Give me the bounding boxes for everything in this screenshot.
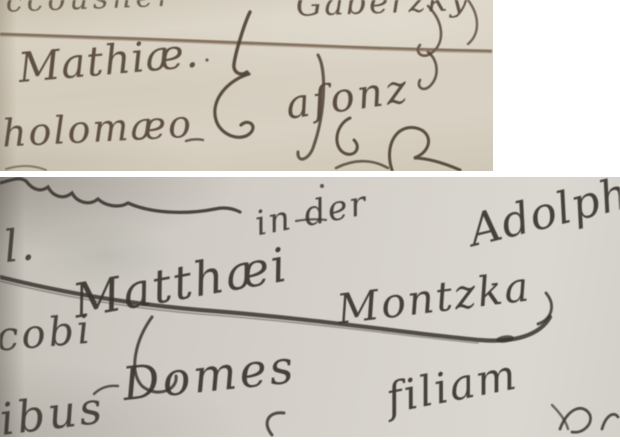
ink-partial-next-line — [6, 166, 46, 170]
handwriting-partial-ibus: ibus — [0, 382, 108, 437]
ink-dash — [186, 139, 203, 141]
ink-partial-letter-c — [267, 413, 284, 435]
handwriting-word-holomaeo: holomæo — [1, 102, 194, 156]
handwriting-line1-left: ccousner — [5, 0, 176, 20]
ink-dot — [320, 184, 324, 188]
manuscript-photo-top: ccousner Gaberzky Mathiæ. aſonz holomæo — [0, 0, 493, 171]
handwriting-line1-right: Gaberzky — [295, 0, 471, 24]
manuscript-photo-bottom: in der Adolph l. Matthæi Montzka cobi Do… — [0, 177, 620, 437]
ink-flourish-loop — [337, 118, 357, 154]
handwriting-abbrev-l: l. — [1, 219, 38, 273]
handwriting-surname-domes: Domes — [119, 339, 299, 411]
ink-scrawl-line1 — [0, 179, 240, 213]
handwriting-word-filiam: filiam — [379, 349, 522, 423]
ink-partial-stroke-right — [602, 414, 618, 429]
ink-dot — [205, 58, 208, 61]
manuscript-top-ink-layer: ccousner Gaberzky Mathiæ. aſonz holomæo — [0, 0, 493, 171]
ink-brace-lower — [215, 74, 253, 137]
screenshot-canvas: ccousner Gaberzky Mathiæ. aſonz holomæo — [0, 0, 620, 440]
ink-partial-loop-right — [560, 408, 591, 432]
ink-flourish-underflick — [336, 161, 388, 168]
handwriting-partial-cobi: cobi — [0, 306, 95, 360]
ink-flourish-capital — [389, 128, 460, 170]
ink-z-top-loop — [419, 52, 437, 89]
handwriting-words-in-der: in der — [252, 183, 371, 244]
manuscript-bottom-ink-layer: in der Adolph l. Matthæi Montzka cobi Do… — [0, 177, 620, 437]
handwriting-word-adolph: Adolph — [460, 177, 620, 258]
handwriting-surname-montzka: Montzka — [333, 262, 533, 333]
